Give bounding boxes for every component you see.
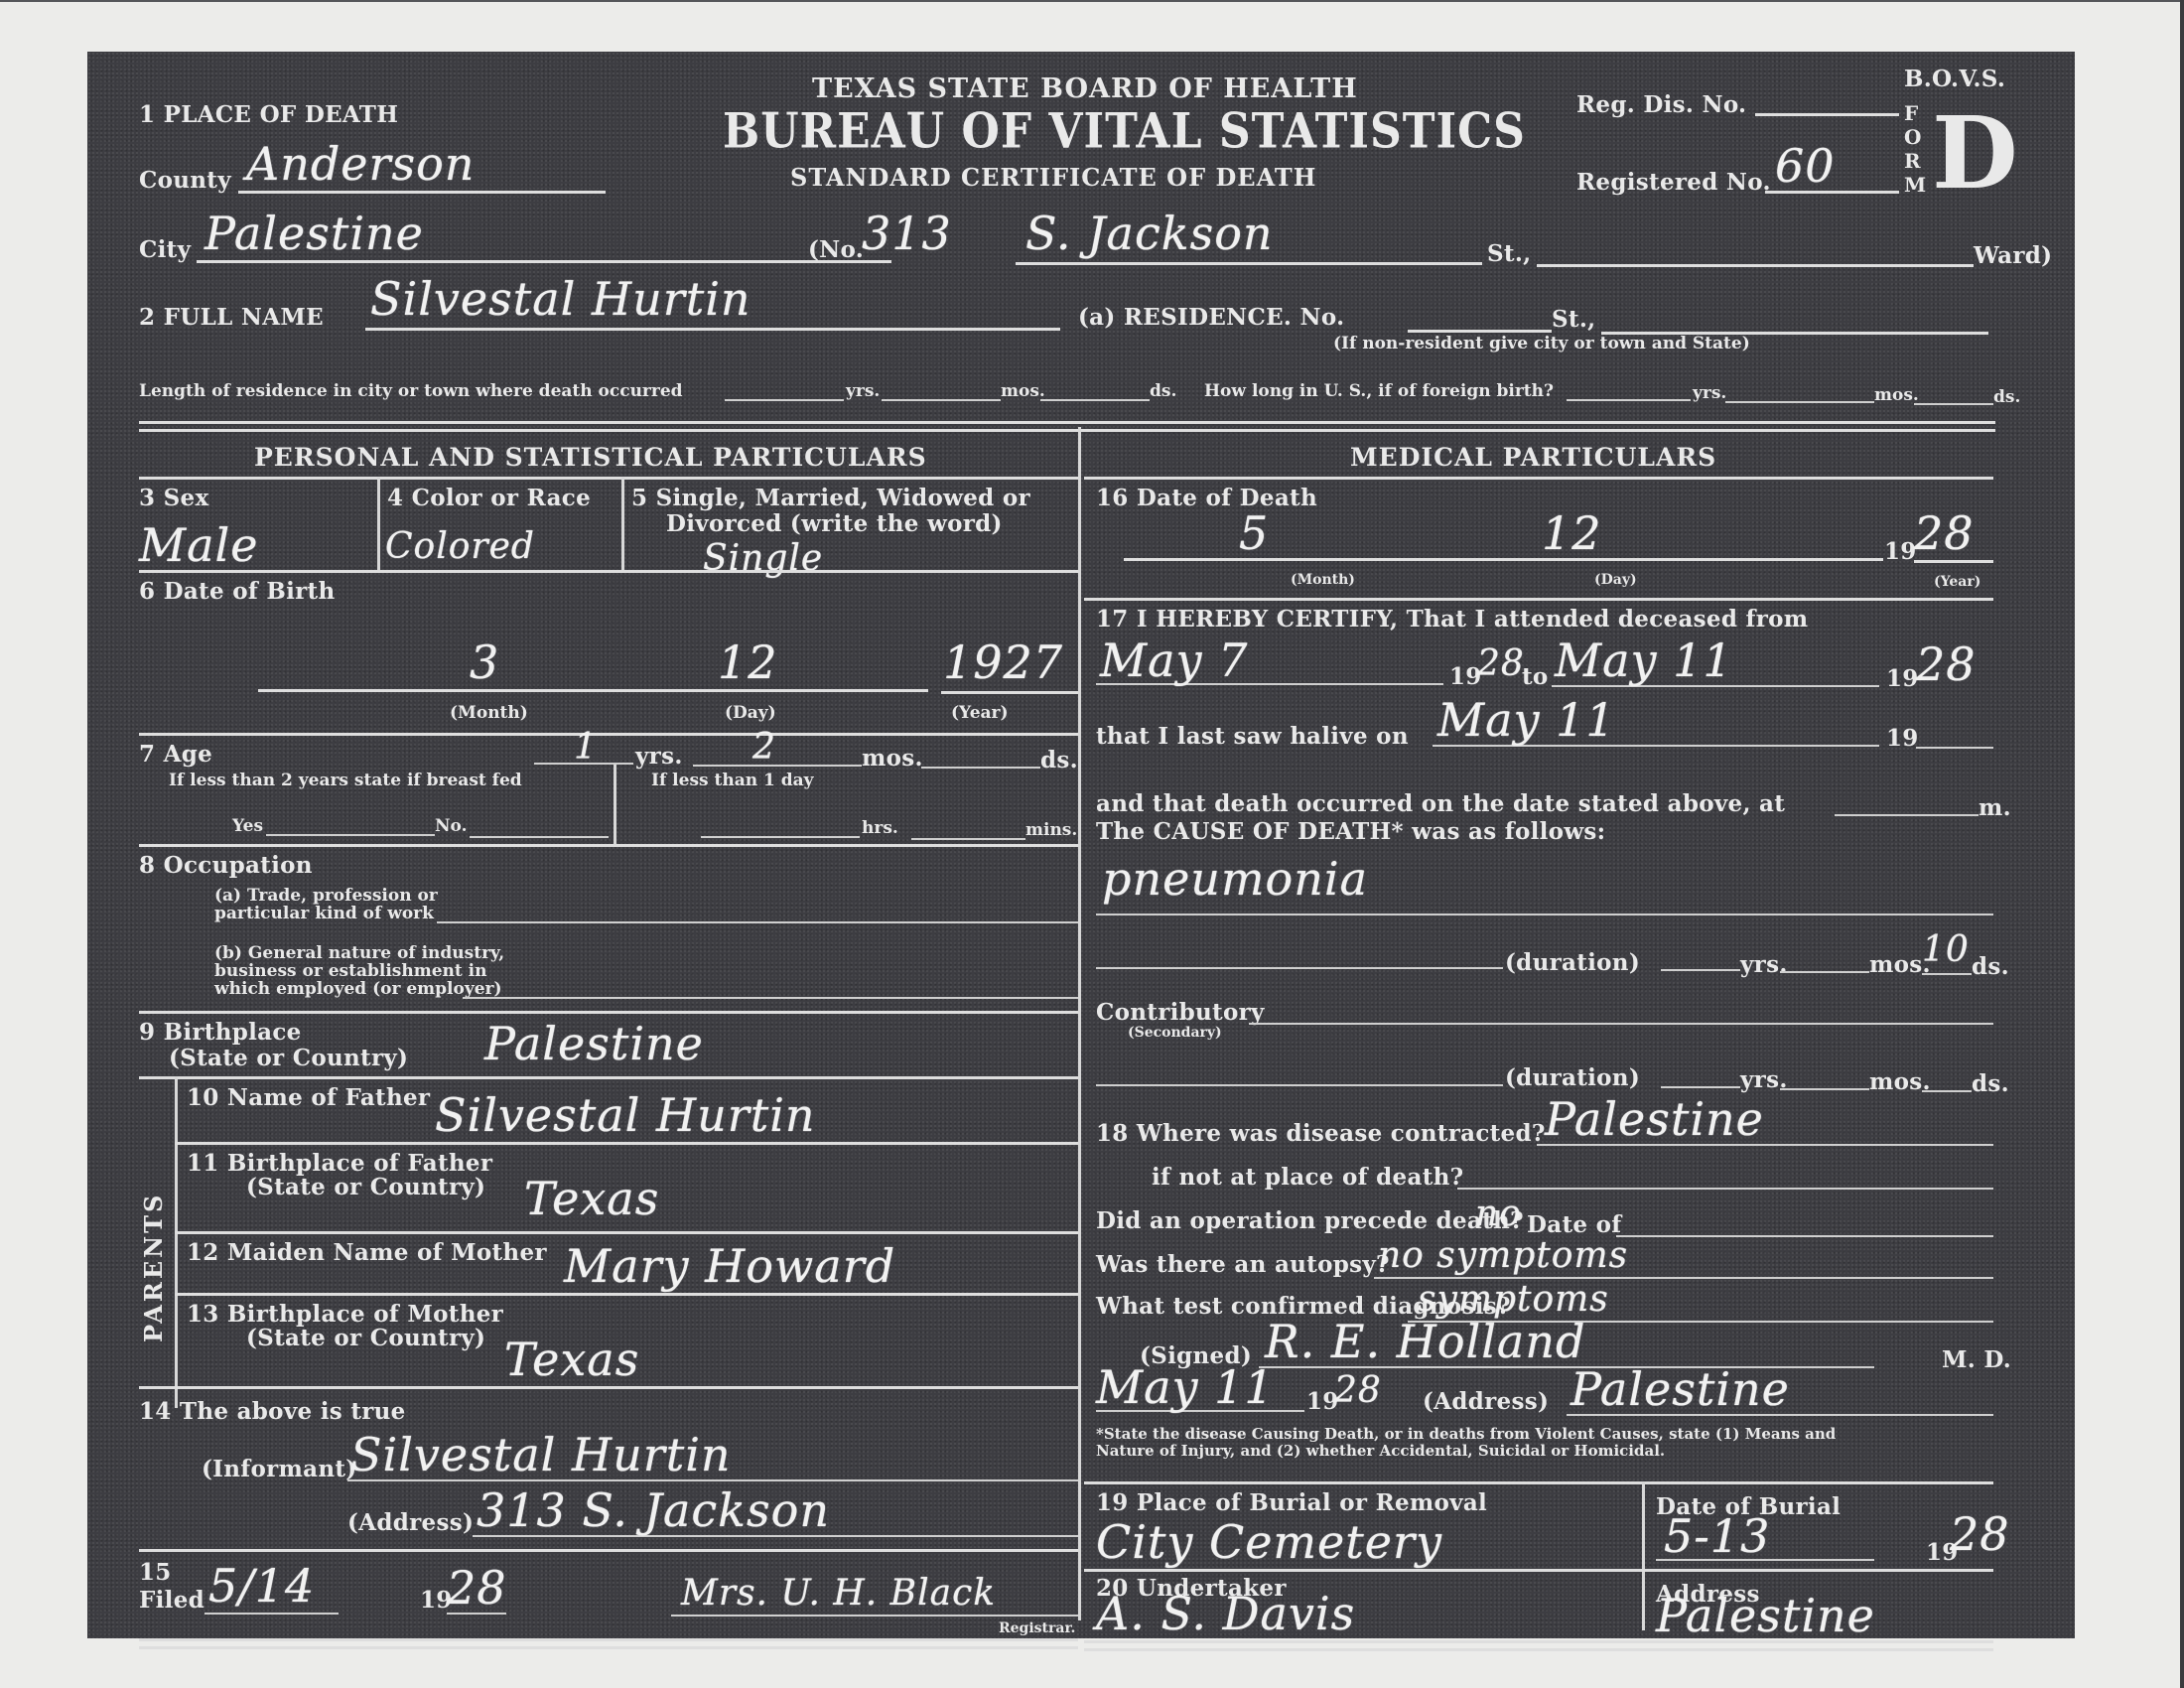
occupation-a-1: (a) Trade, profession or — [214, 886, 438, 906]
not-place-label: if not at place of death? — [1152, 1164, 1463, 1191]
secondary-label: (Secondary) — [1128, 1025, 1222, 1041]
burial-place-label: 19 Place of Burial or Removal — [1096, 1489, 1487, 1516]
street-number: 313 — [862, 207, 952, 260]
last-saw-label: that I last saw h — [1096, 723, 1306, 750]
registered-label: Registered No. — [1576, 169, 1771, 196]
mother-value: Mary Howard — [564, 1239, 895, 1293]
column-divider — [1078, 427, 1081, 1620]
informant-address-label: (Address) — [347, 1509, 474, 1536]
burial-place-value: City Cemetery — [1096, 1515, 1442, 1569]
yes-label: Yes — [232, 816, 263, 836]
dod-line — [1124, 558, 1883, 561]
registrar-signature: Mrs. U. H. Black — [681, 1573, 996, 1614]
registered-number: 60 — [1775, 139, 1836, 193]
autopsy-value: no symptoms — [1378, 1235, 1628, 1276]
dob-day-caption: (Day) — [725, 703, 776, 723]
signed-address-label: (Address) — [1423, 1388, 1549, 1415]
father-value: Silvestal Hurtin — [435, 1088, 816, 1142]
scanner-edge — [2180, 0, 2184, 1688]
row-rule-burial — [1084, 1569, 1993, 1572]
contrib-duration-line — [1096, 1084, 1503, 1086]
row-rule-filed-1 — [139, 1638, 1078, 1641]
marital-label-2: Divorced (write the word) — [666, 510, 1003, 537]
row-rule-undertaker-2 — [1084, 1648, 1993, 1651]
cause-mos-line — [1780, 971, 1869, 973]
cause-ds-line — [1922, 973, 1972, 975]
personal-heading-rule — [139, 477, 1078, 480]
dob-day: 12 — [718, 635, 778, 689]
signed-address: Palestine — [1570, 1362, 1790, 1416]
filed-number: 15 — [139, 1559, 172, 1586]
bureau-title: BUREAU OF VITAL STATISTICS — [723, 103, 1526, 159]
contrib-ds-line — [1922, 1090, 1972, 1092]
last-saw-alive-label: alive on — [1306, 723, 1409, 750]
dob-year-line — [941, 691, 1078, 694]
father-label: 10 Name of Father — [187, 1084, 430, 1111]
cause-line — [1096, 914, 1993, 915]
full-name-label: 2 FULL NAME — [139, 304, 324, 331]
informant-address-value: 313 S. Jackson — [477, 1483, 830, 1537]
st-label: St., — [1487, 240, 1531, 267]
foreign-label: How long in U. S., if of foreign birth? — [1204, 381, 1554, 401]
street-line — [1016, 262, 1482, 265]
dob-month: 3 — [470, 635, 499, 689]
sex-divider — [377, 477, 380, 572]
occupation-a-2: particular kind of work — [214, 904, 434, 923]
signed-date: May 11 — [1096, 1360, 1275, 1414]
dod-year-prefix: 19 — [1884, 538, 1917, 565]
mother-bp-value: Texas — [504, 1333, 639, 1386]
filed-date-line — [205, 1613, 339, 1615]
mother-bp-label-1: 13 Birthplace of Mother — [187, 1301, 503, 1328]
age-yrs-label: yrs. — [635, 743, 683, 770]
operation-date-line — [1616, 1235, 1993, 1237]
burial-year: 28 — [1950, 1507, 2010, 1561]
dod-month: 5 — [1239, 506, 1269, 560]
full-name-line — [365, 328, 1060, 331]
filed-label: Filed — [139, 1587, 205, 1614]
place-of-death-heading: 1 PLACE OF DEATH — [139, 101, 398, 128]
not-place-line — [1457, 1188, 1993, 1190]
age-label: 7 Age — [139, 741, 212, 768]
breast-fed-label: If less than 2 years state if breast fed — [169, 771, 522, 790]
occupation-b-2: business or establishment in — [214, 961, 486, 981]
row-rule-father — [175, 1142, 1078, 1145]
cause-duration-line — [1096, 967, 1503, 969]
row-rule-sex — [139, 570, 1078, 573]
burial-date-value: 5-13 — [1664, 1509, 1770, 1563]
row-rule-birthplace — [139, 1076, 1078, 1079]
attended-from: May 7 — [1100, 633, 1248, 687]
length-mos-line — [882, 399, 1001, 401]
dob-label: 6 Date of Birth — [139, 578, 336, 605]
row-rule-footnote — [1084, 1481, 1993, 1484]
dob-month-caption: (Month) — [450, 703, 528, 723]
row-rule-mother-bp — [139, 1386, 1078, 1389]
parents-bracket — [175, 1076, 178, 1408]
true-label: 14 The above is true — [139, 1398, 406, 1425]
contrib-yrs-line — [1661, 1086, 1740, 1088]
form-letter-f: F — [1904, 101, 1918, 125]
row-rule-dob — [139, 733, 1078, 736]
father-bp-label-2: (State or Country) — [246, 1174, 485, 1200]
contrib-ds: ds. — [1972, 1070, 2009, 1097]
board-title: TEXAS STATE BOARD OF HEALTH — [812, 73, 1358, 104]
reg-dis-line — [1755, 113, 1899, 116]
row-rule-occupation — [139, 1011, 1078, 1014]
dob-year-caption: (Year) — [951, 703, 1009, 723]
age-ds-line — [921, 767, 1040, 769]
foreign-mos: mos. — [1874, 385, 1919, 405]
birthplace-label-1: 9 Birthplace — [139, 1019, 302, 1046]
row-rule-dod — [1084, 598, 1993, 601]
personal-heading: PERSONAL AND STATISTICAL PARTICULARS — [254, 443, 927, 472]
dob-year: 1927 — [943, 635, 1063, 689]
hrs-label: hrs. — [862, 818, 898, 838]
cause-label: The CAUSE OF DEATH* was as follows: — [1096, 818, 1605, 845]
certify-label: 17 I HEREBY CERTIFY, That I attended dec… — [1096, 606, 1808, 633]
age-mos-label: mos. — [862, 745, 923, 772]
dob-line — [258, 689, 928, 692]
foreign-yrs: yrs. — [1693, 383, 1726, 403]
street-no-label: (No. — [808, 236, 864, 263]
dod-year: 28 — [1914, 506, 1975, 560]
occupation-b-3: which employed (or employer) — [214, 979, 502, 999]
footnote: *State the disease Causing Death, or in … — [1096, 1426, 1993, 1460]
dod-year-line — [1914, 560, 1993, 563]
double-rule-top — [139, 421, 1995, 424]
undertaker-value: A. S. Davis — [1096, 1587, 1355, 1640]
mother-bp-label-2: (State or Country) — [246, 1325, 485, 1351]
marital-label-1: 5 Single, Married, Widowed or — [631, 485, 1030, 511]
length-mos: mos. — [1001, 381, 1045, 401]
contrib-duration-label: (duration) — [1505, 1064, 1640, 1091]
to-label: to — [1522, 663, 1549, 690]
informant-label: (Informant) — [202, 1456, 356, 1482]
dod-label: 16 Date of Death — [1096, 485, 1317, 511]
test-value: symptoms — [1418, 1279, 1609, 1320]
death-time-line — [1835, 814, 1979, 816]
race-value: Colored — [385, 526, 535, 567]
birthplace-label-2: (State or Country) — [169, 1045, 408, 1071]
medical-heading: MEDICAL PARTICULARS — [1350, 443, 1716, 472]
cause-yrs: yrs. — [1740, 951, 1788, 978]
last-saw-year-line — [1916, 747, 1993, 749]
occupation-b-1: (b) General nature of industry, — [214, 943, 504, 963]
operation-date-label: Date of — [1527, 1211, 1621, 1238]
death-certificate: 1 PLACE OF DEATH TEXAS STATE BOARD OF HE… — [87, 52, 2075, 1638]
double-rule-bottom — [139, 429, 1995, 432]
cause-duration-days: 10 — [1922, 929, 1970, 970]
bovs-label: B.O.V.S. — [1904, 66, 2005, 92]
foreign-mos-line — [1725, 401, 1874, 403]
contracted-value: Palestine — [1545, 1092, 1764, 1146]
cause-value: pneumonia — [1102, 852, 1368, 906]
autopsy-label: Was there an autopsy? — [1096, 1251, 1390, 1278]
county-line — [238, 191, 606, 194]
residence-note: (If non-resident give city or town and S… — [1333, 334, 1750, 353]
parents-label: PARENTS — [139, 1144, 168, 1342]
operation-value: no — [1475, 1194, 1522, 1234]
ward-line — [1537, 264, 1974, 267]
form-letter-o: O — [1904, 125, 1921, 149]
no-label: No. — [435, 816, 468, 836]
ward-label: Ward) — [1974, 242, 2052, 269]
filed-year: 28 — [447, 1561, 507, 1615]
operation-label: Did an operation precede death? — [1096, 1207, 1524, 1234]
length-ds-line — [1040, 399, 1150, 401]
length-ds: ds. — [1150, 381, 1176, 401]
signed-year: 28 — [1334, 1370, 1382, 1411]
race-divider — [621, 477, 624, 572]
md-label: M. D. — [1942, 1346, 2011, 1373]
foreign-ds: ds. — [1993, 387, 2020, 407]
burial-divider — [1642, 1481, 1645, 1630]
last-saw-year-prefix: 19 — [1886, 725, 1919, 752]
footnote-line-1: *State the disease Causing Death, or in … — [1096, 1426, 1993, 1443]
no-line — [470, 836, 609, 838]
registrar-line — [671, 1615, 1078, 1617]
age-mos-line — [693, 765, 862, 767]
reg-dis-label: Reg. Dis. No. — [1576, 91, 1746, 118]
footnote-line-2: Nature of Injury, and (2) whether Accide… — [1096, 1443, 1993, 1460]
informant-value: Silvestal Hurtin — [350, 1428, 732, 1481]
father-bp-label-1: 11 Birthplace of Father — [187, 1150, 492, 1177]
city-value: Palestine — [205, 207, 424, 260]
contrib-mos-line — [1780, 1088, 1869, 1090]
length-yrs: yrs. — [846, 381, 880, 401]
cause-yrs-line — [1661, 969, 1740, 971]
occupation-a-line — [437, 921, 1078, 923]
death-time-label: and that death occurred on the date stat… — [1096, 790, 1785, 817]
row-rule-informant — [139, 1549, 1078, 1552]
form-letter-r: R — [1904, 149, 1921, 173]
residence-label: (a) RESIDENCE. No. — [1078, 304, 1344, 331]
occupation-b-line — [463, 997, 1078, 999]
foreign-ds-line — [1914, 403, 1993, 405]
mins-label: mins. — [1025, 820, 1077, 840]
mins-line — [911, 838, 1025, 840]
yes-line — [266, 834, 435, 836]
foreign-yrs-line — [1567, 399, 1691, 401]
dod-day-caption: (Day) — [1594, 572, 1637, 588]
age-ds-label: ds. — [1040, 747, 1078, 774]
row-rule-age — [139, 844, 1078, 847]
paper-edge — [0, 0, 2184, 2]
row-rule-mother — [175, 1293, 1078, 1296]
form-letter-m: M — [1904, 173, 1926, 197]
length-residence-label: Length of residence in city or town wher… — [139, 381, 683, 401]
hrs-line — [701, 836, 860, 838]
cause-ds: ds. — [1972, 953, 2009, 980]
age-months: 2 — [752, 727, 776, 768]
certificate-subtitle: STANDARD CERTIFICATE OF DEATH — [790, 163, 1316, 192]
attended-to-prefix: 19 — [1886, 665, 1919, 692]
death-time-m: m. — [1979, 794, 2011, 821]
dod-year-caption: (Year) — [1934, 574, 1980, 590]
length-yrs-line — [725, 399, 844, 401]
contracted-label: 18 Where was disease contracted? — [1096, 1120, 1546, 1147]
mother-label: 12 Maiden Name of Mother — [187, 1239, 547, 1266]
last-saw-date: May 11 — [1437, 693, 1616, 747]
street-name: S. Jackson — [1025, 207, 1274, 260]
father-bp-value: Texas — [524, 1172, 659, 1225]
county-label: County — [139, 167, 231, 194]
registrar-label: Registrar. — [999, 1620, 1075, 1636]
dod-month-caption: (Month) — [1291, 572, 1355, 588]
birthplace-value: Palestine — [484, 1017, 704, 1070]
full-name-value: Silvestal Hurtin — [370, 272, 751, 326]
row-rule-filed-2 — [139, 1646, 1078, 1649]
dod-day: 12 — [1542, 506, 1602, 560]
medical-heading-rule — [1084, 477, 1993, 480]
attended-from-year: 28 — [1477, 643, 1525, 684]
less-day-label: If less than 1 day — [651, 771, 814, 790]
residence-st-label: St., — [1552, 306, 1595, 333]
row-rule-undertaker-1 — [1084, 1640, 1993, 1643]
attended-to: May 11 — [1555, 633, 1733, 687]
form-code: D — [1932, 103, 2018, 203]
attended-to-year: 28 — [1916, 637, 1977, 691]
occupation-label: 8 Occupation — [139, 852, 313, 879]
signed-value: R. E. Holland — [1265, 1315, 1585, 1368]
row-rule-father-bp — [175, 1231, 1078, 1234]
age-years: 1 — [574, 727, 598, 768]
city-line — [197, 260, 891, 263]
age-divider — [614, 765, 616, 844]
contributory-label: Contributory — [1096, 999, 1265, 1026]
filed-date: 5/14 — [208, 1559, 315, 1613]
contributory-line — [1249, 1023, 1993, 1025]
sex-label: 3 Sex — [139, 485, 208, 511]
residence-no-line — [1408, 330, 1552, 333]
county-value: Anderson — [246, 137, 475, 191]
race-label: 4 Color or Race — [387, 485, 591, 511]
city-label: City — [139, 236, 191, 263]
cause-duration-label: (duration) — [1505, 949, 1640, 976]
sex-value: Male — [139, 518, 258, 572]
undertaker-address: Palestine — [1656, 1589, 1875, 1642]
